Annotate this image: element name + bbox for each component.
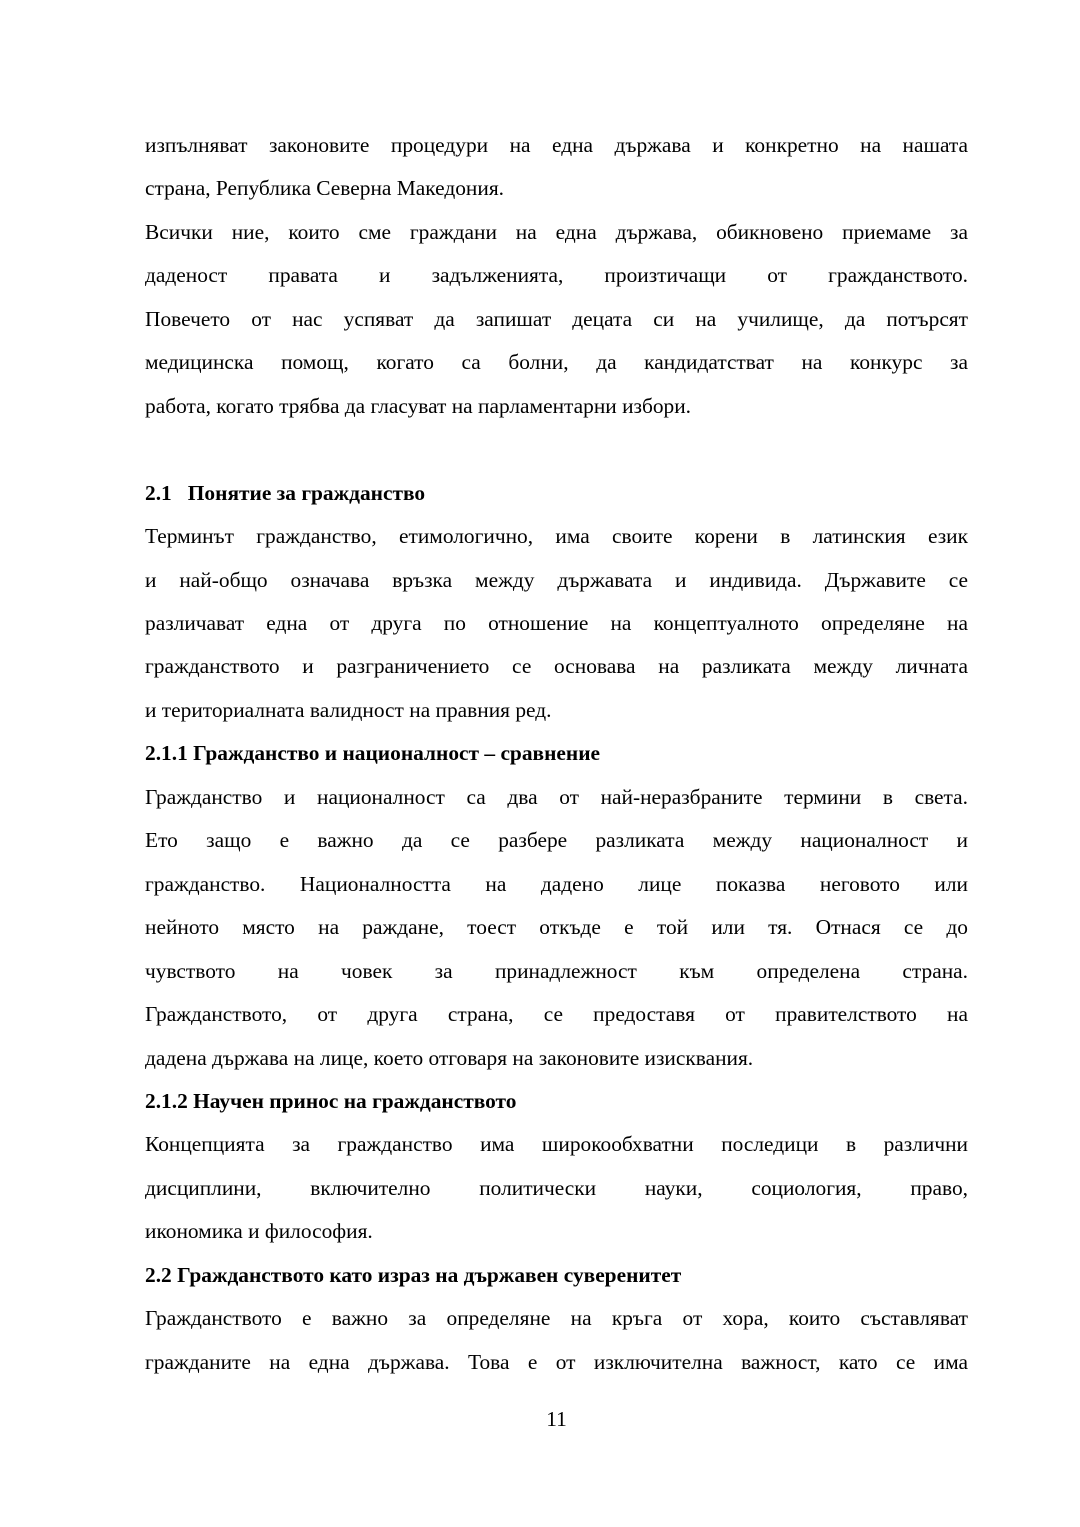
- heading-2-1-2: 2.1.2 Научен принос на гражданството: [145, 1080, 968, 1123]
- text-line: Ето защо е важно да се разбере разликата…: [145, 819, 968, 862]
- text-line: Всички ние, които сме граждани на една д…: [145, 211, 968, 254]
- paragraph-2-1-term: Терминът гражданство, етимологично, има …: [145, 515, 968, 732]
- text-line: Гражданство и националност са два от най…: [145, 776, 968, 819]
- text-line: гражданство. Националността на дадено ли…: [145, 863, 968, 906]
- text-line: чувството на човек за принадлежност към …: [145, 950, 968, 993]
- heading-2-1: 2.1 Понятие за гражданство: [145, 472, 968, 515]
- text-line: медицинска помощ, когато са болни, да ка…: [145, 341, 968, 384]
- text-line: гражданството и разграничението се основ…: [145, 645, 968, 688]
- heading-2-1-1: 2.1.1 Гражданство и националност – сравн…: [145, 732, 968, 775]
- paragraph-2-1-1-comparison: Гражданство и националност са два от най…: [145, 776, 968, 1080]
- paragraph-2-1-2-science: Концепцията за гражданство има широкообх…: [145, 1123, 968, 1253]
- text-line: Повечето от нас успяват да запишат децат…: [145, 298, 968, 341]
- text-line: изпълняват законовите процедури на една …: [145, 124, 968, 167]
- text-line: работа, когато трябва да гласуват на пар…: [145, 385, 968, 428]
- document-page: изпълняват законовите процедури на една …: [0, 0, 1080, 1527]
- text-line: гражданите на една държава. Това е от из…: [145, 1341, 968, 1384]
- text-line: Концепцията за гражданство има широкообх…: [145, 1123, 968, 1166]
- text-line: Терминът гражданство, етимологично, има …: [145, 515, 968, 558]
- text-line: даденост правата и задълженията, произти…: [145, 254, 968, 297]
- document-content: изпълняват законовите процедури на една …: [145, 124, 968, 1442]
- text-line: дисциплини, включително политически наук…: [145, 1167, 968, 1210]
- text-line: страна, Република Северна Македония.: [145, 167, 968, 210]
- paragraph-2-2-sovereignty: Гражданството е важно за определяне на к…: [145, 1297, 968, 1384]
- blank-line: [145, 428, 968, 471]
- text-line: Гражданството е важно за определяне на к…: [145, 1297, 968, 1340]
- text-line: и териториалната валидност на правния ре…: [145, 689, 968, 732]
- heading-2-2: 2.2 Гражданството като израз на държавен…: [145, 1254, 968, 1297]
- text-line: и най-общо означава връзка между държава…: [145, 559, 968, 602]
- text-line: икономика и философия.: [145, 1210, 968, 1253]
- text-line: дадена държава на лице, което отговаря н…: [145, 1037, 968, 1080]
- page-number: 11: [145, 1398, 968, 1441]
- paragraph-citizens-rights: Всички ние, които сме граждани на една д…: [145, 211, 968, 428]
- text-line: Гражданството, от друга страна, се предо…: [145, 993, 968, 1036]
- text-line: нейното място на раждане, тоест откъде е…: [145, 906, 968, 949]
- text-line: различават една от друга по отношение на…: [145, 602, 968, 645]
- paragraph-intro-continued: изпълняват законовите процедури на една …: [145, 124, 968, 211]
